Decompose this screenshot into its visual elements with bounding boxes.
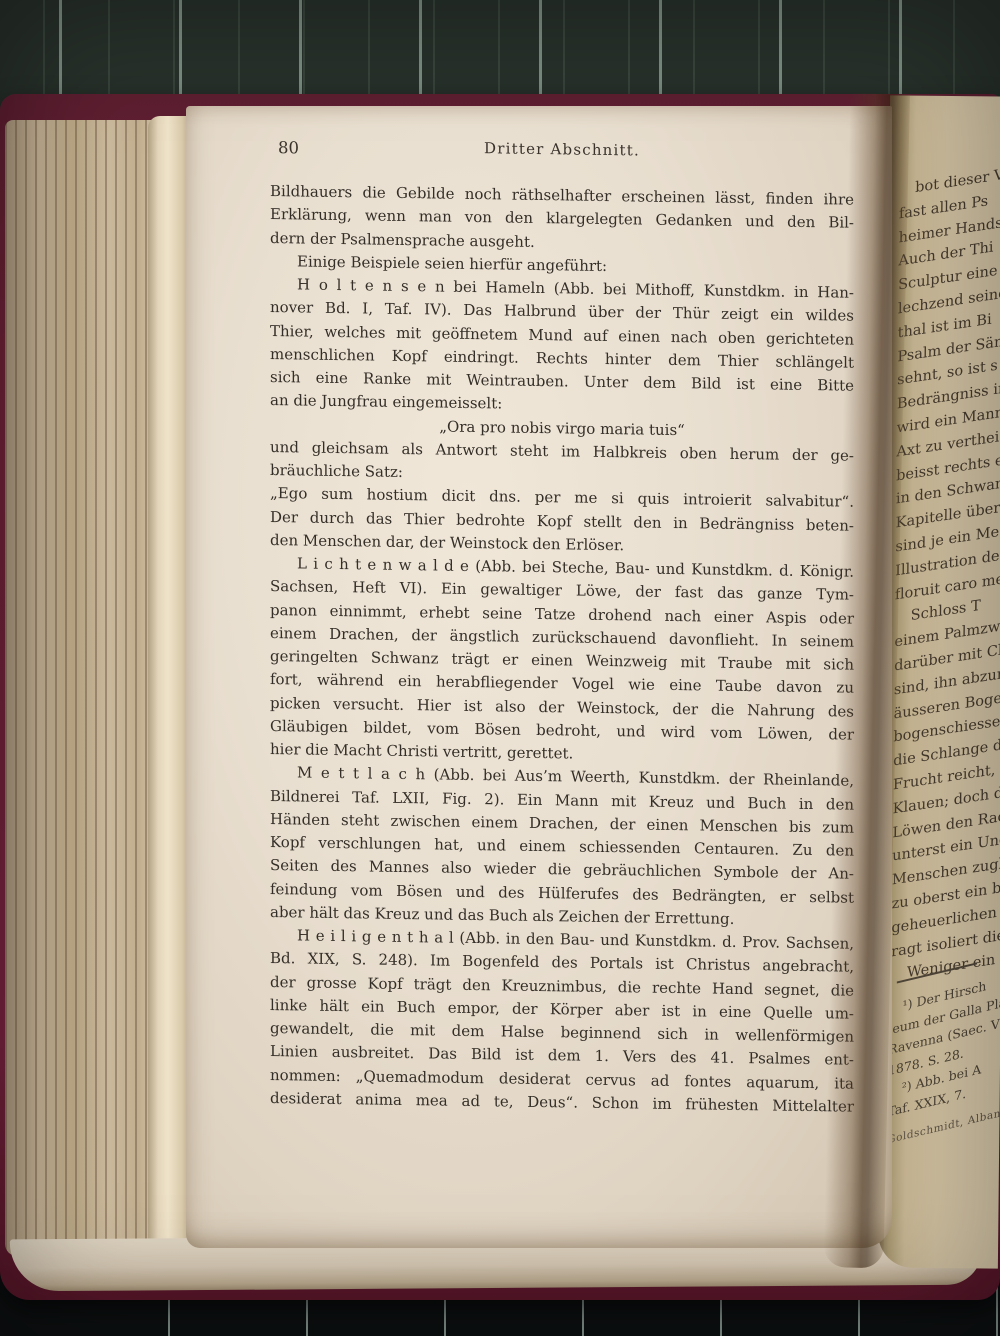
running-header: Dritter Abschnitt.	[270, 136, 854, 163]
left-page: 80 Dritter Abschnitt. Bildhauers die Geb…	[186, 106, 892, 1248]
right-page-sliver: bot dieser Vefast allen Psheimer HandsAu…	[878, 95, 1000, 1268]
page-number: 80	[278, 138, 299, 157]
book-photo: bot dieser Vefast allen Psheimer HandsAu…	[0, 0, 1000, 1336]
page-body-text: Bildhauers die Gebilde noch räthselhafte…	[270, 180, 854, 1119]
right-page-text-column: bot dieser Vefast allen Psheimer HandsAu…	[891, 145, 1000, 988]
page-header: 80 Dritter Abschnitt.	[270, 136, 854, 163]
